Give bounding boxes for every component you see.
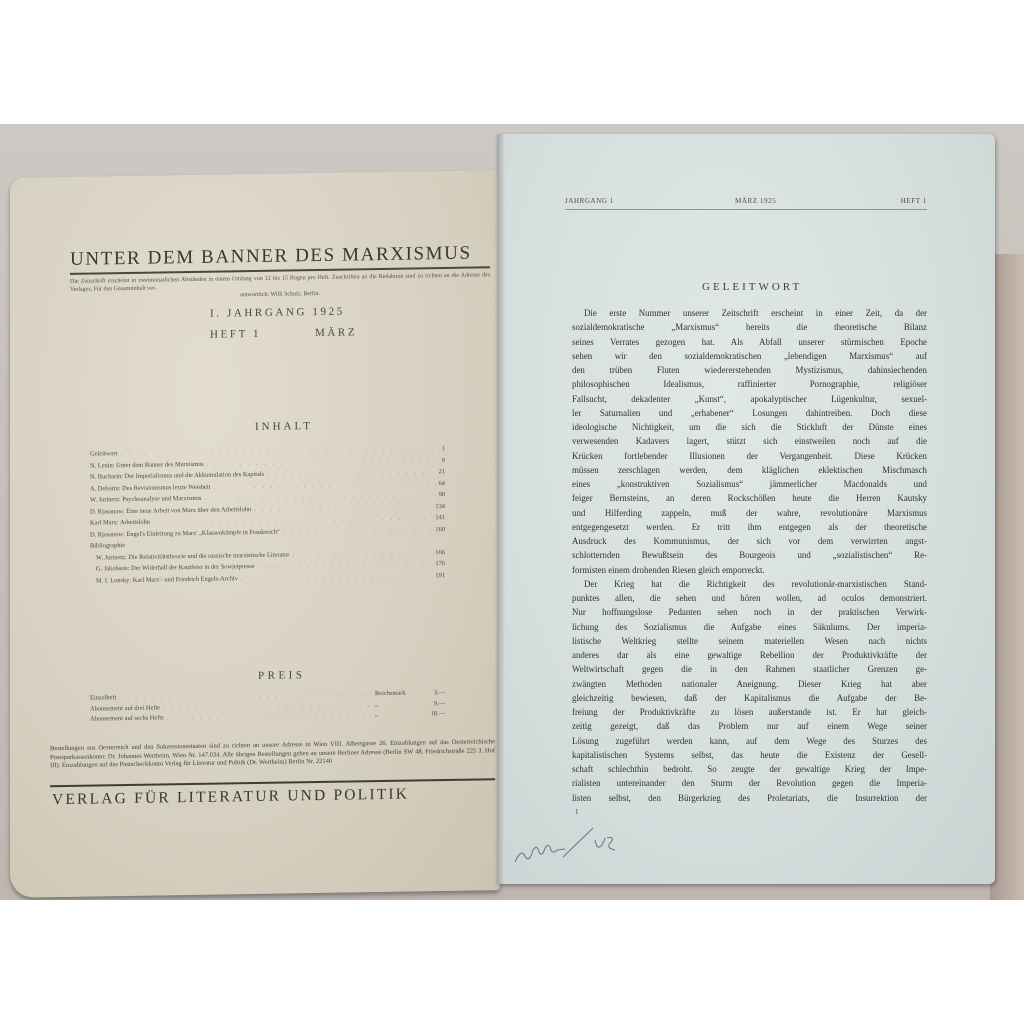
text-line: listen selbst, den Bürgerkrieg des Prole… [572,791,927,805]
text-line: rialisten untereinander den Sturm der Re… [572,776,927,790]
price-unit: Reichsmark [375,688,421,699]
toc-page: 141 [435,512,445,524]
page-gutter [497,134,505,884]
toc-page: 9 [442,455,445,467]
text-line: sehen wir den sozialdemokratischen „lebe… [572,349,927,363]
toc-page: 64 [439,478,445,490]
price-unit: „ [375,709,421,720]
price-value: 18.— [421,709,445,720]
price-value: 3.— [421,688,445,699]
text-line: Ausdruck des Kommunismus, der sich vor d… [572,534,927,548]
text-line: den trüben Fluten wiedererstehenden Myst… [572,363,927,377]
toc-title: Karl Marx: Arbeitslohn [90,517,150,529]
toc-page: 166 [435,547,445,559]
text-line: entgegengesetzt werden. Er tritt ihm ent… [572,520,927,534]
text-line: ler Saturnalien und „erhabener“ Losungen… [572,406,927,420]
volume-year: I. JAHRGANG 1925 [210,306,345,320]
toc-page: 21 [439,466,445,478]
text-line: zwängten Methoden nationaler Aneignung. … [572,677,927,691]
issue-month: MÄRZ [315,326,357,339]
text-line: listische Weltkrieg stellte seinem mater… [572,634,927,648]
masthead-note-line: Die Zeitschrift erscheint in zweimonatli… [70,275,330,285]
running-head-issue: HEFT 1 [901,197,927,205]
toc-page: 191 [435,570,445,582]
text-line: Der Krieg hat die Richtigkeit des revolu… [572,577,927,591]
text-line: Die erste Nummer unserer Zeitschrift ers… [572,306,927,320]
cover-page: UNTER DEM BANNER DES MARXISMUS Die Zeits… [10,170,500,898]
toc-page: 134 [435,501,445,513]
running-head-rule [565,209,927,210]
toc-page: 176 [435,558,445,570]
issue-line: HEFT 1 MÄRZ [210,326,410,341]
price-item: Einzelheft [90,693,116,704]
publisher-name: VERLAG FÜR LITERATUR UND POLITIK [52,786,409,810]
toc-page: 90 [439,489,445,501]
text-line: schaft schlechthin bedroht. So zeugte de… [572,762,927,776]
text-line: Nur hoffnungslose Pedanten sehen noch in… [572,605,927,619]
contents-heading: INHALT [255,420,313,433]
article-body: Die erste Nummer unserer Zeitschrift ers… [572,306,927,805]
article-heading: GELEITWORT [702,281,802,293]
text-line: formisten einem drohenden Riesen gleich … [572,563,927,577]
first-page: JAHRGANG 1 MÄRZ 1925 HEFT 1 GELEITWORT D… [497,134,995,884]
leader-dots [167,710,372,724]
toc-page: 1 [442,443,445,455]
text-line: feiger Bernsteins, an deren Rockschößen … [572,491,927,505]
leader-dots [241,570,433,585]
text-line: sozialdemokratische „Marxismus“ bereits … [572,320,927,334]
publisher-rule [50,778,495,787]
text-line: eines „konstruktiven Sozialismus“ jämmer… [572,477,927,491]
text-line: zeitig gezeigt, daß das Problem nur auf … [572,719,927,733]
text-line: schlotternden Bewußtsein des Bourgeois u… [572,548,927,562]
text-line: kapitalistischen Systems selbst, das heu… [572,748,927,762]
text-line: müssen zerschlagen werden, dem klägliche… [572,463,927,477]
table-of-contents: Geleitwort1N. Lenin: Unter dem Banner de… [90,443,445,587]
text-line: ideologische Nichtigkeit, um die sich di… [572,420,927,434]
text-line: Krücken fortlebender Illusionen der Verg… [572,449,927,463]
running-head-date: MÄRZ 1925 [735,197,776,205]
text-line: philosophischen Idealismus, raffinierter… [572,377,927,391]
table-surface-right [990,254,1024,900]
text-line: gleichzeitig bewiesen, daß der Kapitalis… [572,691,927,705]
price-item: Abonnement auf sechs Hefte [90,713,164,725]
leader-dots [283,524,433,538]
issue-number: HEFT 1 [210,328,261,341]
price-value: 9.— [421,699,445,710]
price-heading: PREIS [258,669,305,682]
photograph: UNTER DEM BANNER DES MARXISMUS Die Zeits… [0,124,1024,900]
masthead-note: Die Zeitschrift erscheint in zweimonatli… [70,271,490,302]
price-list: EinzelheftReichsmark3.—Abonnement auf dr… [90,688,445,725]
pencil-annotation [511,824,631,874]
text-line: verwesenden Kadavers lagert, stützt sich… [572,434,927,448]
text-line: lichung des Sozialismus die Aufgabe eine… [572,620,927,634]
text-line: seines Verrates gezogen hat. Als Abfall … [572,335,927,349]
toc-page: 160 [435,524,445,536]
text-line: punktes allen, die sehen und hören wolle… [572,591,927,605]
text-line: freiung der Produktivkräfte zu lösen auß… [572,705,927,719]
toc-title: Geleitwort [90,448,117,460]
text-line: Weltwirtschaft gegen die in den Rahmen s… [572,662,927,676]
text-line: Fallsucht, dekadenter „Kunst“, apokalypt… [572,392,927,406]
text-line: und Hilferding zappeln, muß der wahre, r… [572,506,927,520]
page-number: 1 [575,808,579,816]
toc-title: M. I. Lonsky: Karl Marx'- und Friedrich … [96,573,238,587]
text-line: Lösung zugeführt werden kann, auf dem We… [572,734,927,748]
text-line: anderes dar als eine gewaltige Rebellion… [572,648,927,662]
price-unit: „ [375,699,421,710]
order-note: Bestellungen aus Oesterreich und den Suk… [50,738,495,771]
running-head-volume: JAHRGANG 1 [565,197,614,205]
